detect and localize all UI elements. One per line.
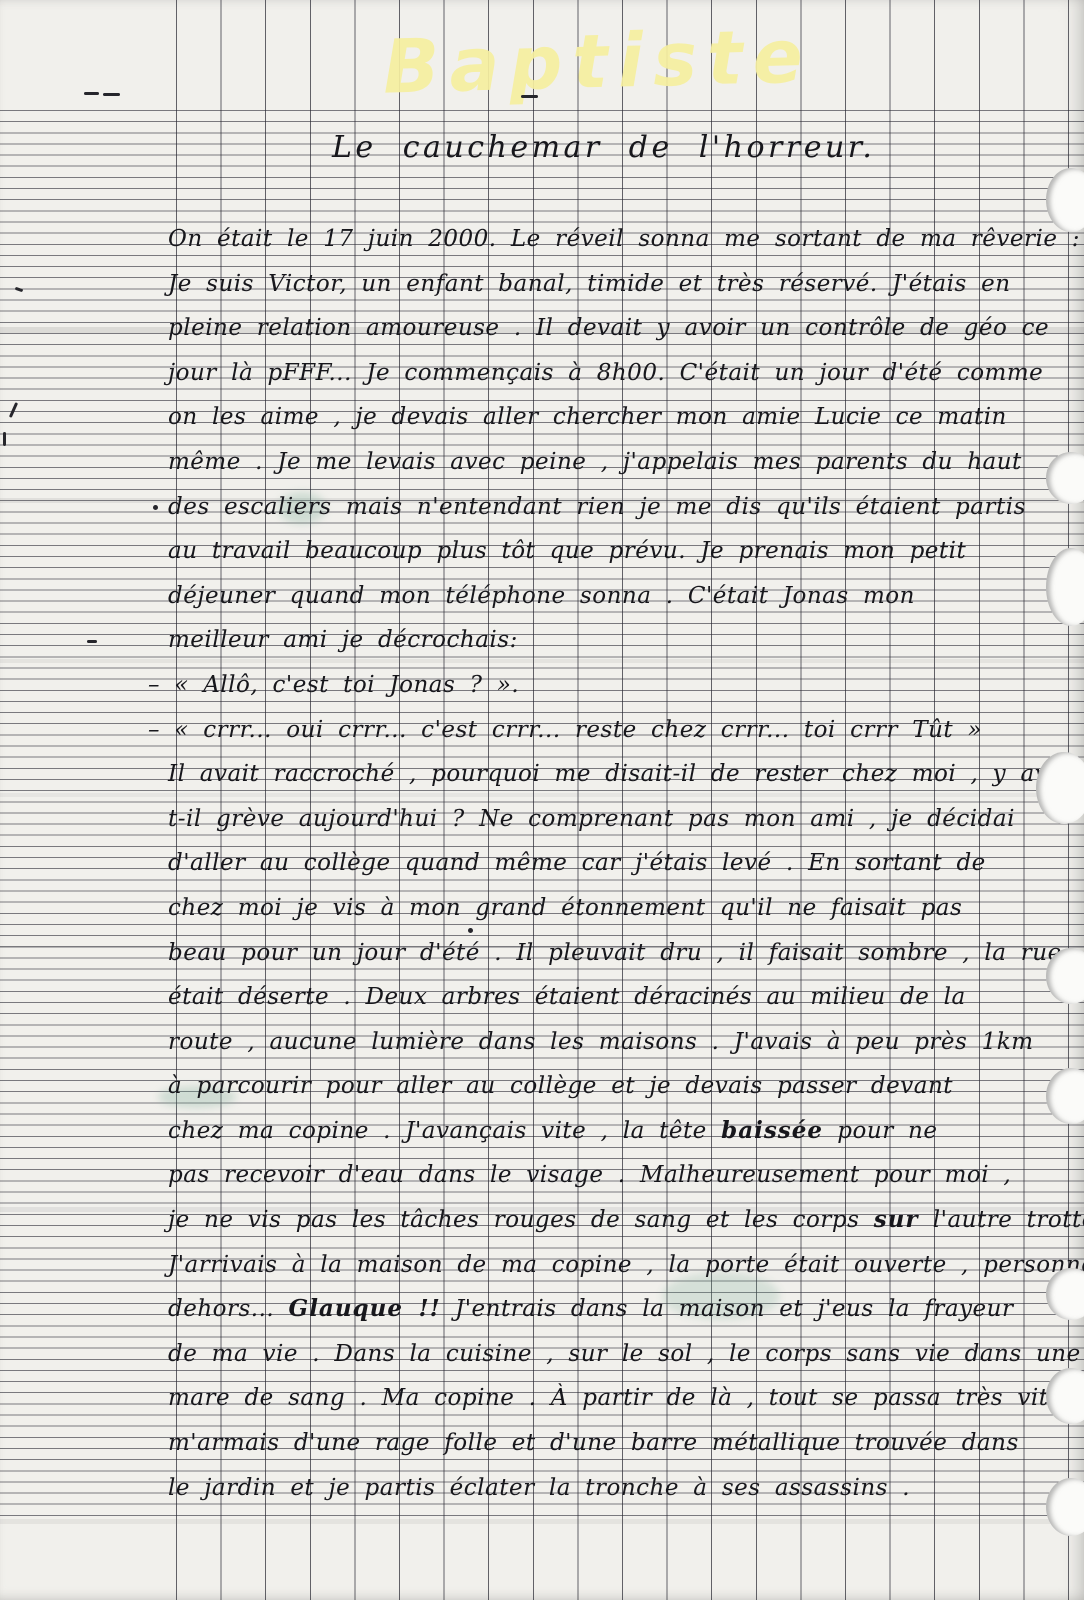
handwritten-line: était déserte . Deux arbres étaient déra…	[168, 975, 1078, 1020]
handwritten-line: meilleur ami je décrochais:	[168, 618, 1078, 663]
handwritten-line: jour là pFFF... Je commençais à 8h00. C'…	[168, 351, 1078, 396]
scanned-notebook-page: Baptiste Le cauchemar de l'horreur. On é…	[0, 0, 1084, 1600]
handwritten-line: on les aime , je devais aller chercher m…	[168, 395, 1078, 440]
scan-streak	[0, 1519, 1084, 1524]
handwritten-line: – « Allô, c'est toi Jonas ? ».	[148, 663, 1078, 708]
stray-pen-mark	[84, 92, 99, 95]
handwritten-line: On était le 17 juin 2000. Le réveil sonn…	[168, 217, 1078, 262]
stray-pen-mark	[521, 95, 538, 98]
handwritten-line: déjeuner quand mon téléphone sonna . C'é…	[168, 574, 1078, 619]
essay-body: On était le 17 juin 2000. Le réveil sonn…	[168, 217, 1078, 1510]
handwritten-line: chez moi je vis à mon grand étonnement q…	[168, 886, 1078, 931]
stray-pen-mark	[153, 505, 158, 510]
handwritten-line: dehors... Glauque !! J'entrais dans la m…	[168, 1287, 1078, 1332]
handwritten-line: même . Je me levais avec peine , j'appel…	[168, 440, 1078, 485]
handwritten-line: de ma vie . Dans la cuisine , sur le sol…	[168, 1332, 1078, 1377]
handwritten-line: pleine relation amoureuse . Il devait y …	[168, 306, 1078, 351]
binder-hole	[1036, 752, 1084, 824]
emphasized-word: sur	[874, 1206, 919, 1233]
stray-pen-mark	[103, 93, 120, 96]
handwritten-line: beau pour un jour d'été . Il pleuvait dr…	[168, 931, 1078, 976]
stray-pen-mark	[468, 928, 473, 933]
handwritten-line: – « crrr... oui crrr... c'est crrr... re…	[148, 708, 1078, 753]
student-name-highlighter: Baptiste	[382, 6, 814, 117]
stray-pen-mark	[3, 432, 6, 446]
handwritten-line: t-il grève aujourd'hui ? Ne comprenant p…	[168, 797, 1078, 842]
handwritten-line: J'arrivais à la maison de ma copine , la…	[168, 1243, 1078, 1288]
handwritten-line: au travail beaucoup plus tôt que prévu. …	[168, 529, 1078, 574]
emphasized-word: baissée	[721, 1117, 823, 1144]
handwritten-line: d'aller au collège quand même car j'étai…	[168, 841, 1078, 886]
handwritten-line: route , aucune lumière dans les maisons …	[168, 1020, 1078, 1065]
handwritten-line: Il avait raccroché , pourquoi me disait-…	[168, 752, 1078, 797]
handwritten-line: mare de sang . Ma copine . À partir de l…	[168, 1376, 1078, 1421]
emphasized-word: Glauque !!	[289, 1295, 441, 1322]
handwritten-line: des escaliers mais n'entendant rien je m…	[168, 485, 1078, 530]
handwritten-line: Je suis Victor, un enfant banal, timide …	[168, 262, 1078, 307]
essay-title: Le cauchemar de l'horreur.	[332, 126, 875, 171]
handwritten-line: je ne vis pas les tâches rouges de sang …	[168, 1198, 1078, 1243]
handwritten-line: pas recevoir d'eau dans le visage . Malh…	[168, 1153, 1078, 1198]
handwritten-line: le jardin et je partis éclater la tronch…	[168, 1466, 1078, 1511]
stray-pen-mark	[87, 640, 97, 643]
handwritten-line: chez ma copine . J'avançais vite , la tê…	[168, 1109, 1078, 1154]
handwritten-line: à parcourir pour aller au collège et je …	[168, 1064, 1078, 1109]
handwritten-line: m'armais d'une rage folle et d'une barre…	[168, 1421, 1078, 1466]
